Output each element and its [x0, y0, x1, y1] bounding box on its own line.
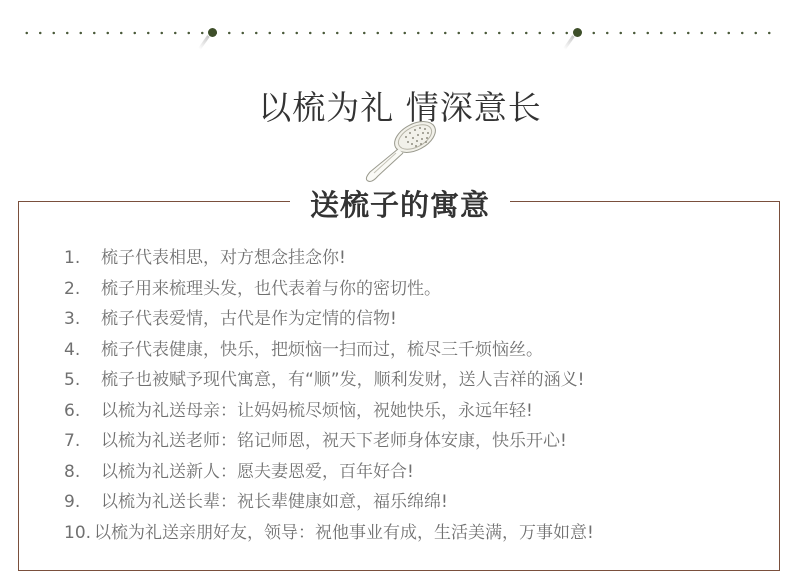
list-item: 2.梳子用来梳理头发，也代表着与你的密切性。 — [64, 274, 594, 305]
item-text: 以梳为礼送亲朋好友，领导：祝他事业有成，生活美满，万事如意! — [94, 523, 594, 543]
item-text: 梳子也被赋予现代寓意，有“顺”发，顺利发财，送人吉祥的涵义! — [101, 370, 584, 390]
pin-shadow-right — [563, 35, 575, 50]
meaning-list: 1.梳子代表相思，对方想念挂念你! 2.梳子用来梳理头发，也代表着与你的密切性。… — [64, 243, 594, 548]
item-text: 梳子代表相思，对方想念挂念你! — [101, 248, 346, 268]
item-text: 以梳为礼送母亲：让妈妈梳尽烦恼，祝她快乐，永远年轻! — [101, 401, 533, 421]
item-number: 1. — [64, 243, 101, 273]
pin-shadow-left — [198, 35, 210, 50]
list-item: 4.梳子代表健康，快乐，把烦恼一扫而过，梳尽三千烦恼丝。 — [64, 335, 594, 366]
item-text: 以梳为礼送新人：愿夫妻恩爱，百年好合! — [101, 462, 414, 482]
list-item: 3.梳子代表爱情，古代是作为定情的信物! — [64, 304, 594, 335]
list-item: 7.以梳为礼送老师：铭记师恩，祝天下老师身体安康，快乐开心! — [64, 426, 594, 457]
item-text: 以梳为礼送长辈：祝长辈健康如意，福乐绵绵! — [101, 492, 448, 512]
list-item: 10.以梳为礼送亲朋好友，领导：祝他事业有成，生活美满，万事如意! — [64, 518, 594, 549]
item-text: 梳子代表爱情，古代是作为定情的信物! — [101, 309, 397, 329]
list-item: 6.以梳为礼送母亲：让妈妈梳尽烦恼，祝她快乐，永远年轻! — [64, 396, 594, 427]
item-number: 5. — [64, 365, 101, 395]
item-text: 梳子用来梳理头发，也代表着与你的密切性。 — [101, 279, 441, 299]
list-item: 8.以梳为礼送新人：愿夫妻恩爱，百年好合! — [64, 457, 594, 488]
item-number: 2. — [64, 274, 101, 304]
list-item: 9.以梳为礼送长辈：祝长辈健康如意，福乐绵绵! — [64, 487, 594, 518]
section-title: 送梳子的寓意 — [0, 183, 800, 224]
item-number: 3. — [64, 304, 101, 334]
item-text: 以梳为礼送老师：铭记师恩，祝天下老师身体安康，快乐开心! — [101, 431, 567, 451]
pin-dot-right-icon — [573, 28, 582, 37]
hairbrush-icon — [360, 117, 440, 185]
item-number: 8. — [64, 457, 101, 487]
item-number: 10. — [64, 518, 91, 548]
dotted-divider — [20, 31, 772, 35]
item-number: 7. — [64, 426, 101, 456]
list-item: 5.梳子也被赋予现代寓意，有“顺”发，顺利发财，送人吉祥的涵义! — [64, 365, 594, 396]
item-number: 4. — [64, 335, 101, 365]
item-text: 梳子代表健康，快乐，把烦恼一扫而过，梳尽三千烦恼丝。 — [101, 340, 543, 360]
pin-dot-left-icon — [208, 28, 217, 37]
list-item: 1.梳子代表相思，对方想念挂念你! — [64, 243, 594, 274]
item-number: 6. — [64, 396, 101, 426]
item-number: 9. — [64, 487, 101, 517]
